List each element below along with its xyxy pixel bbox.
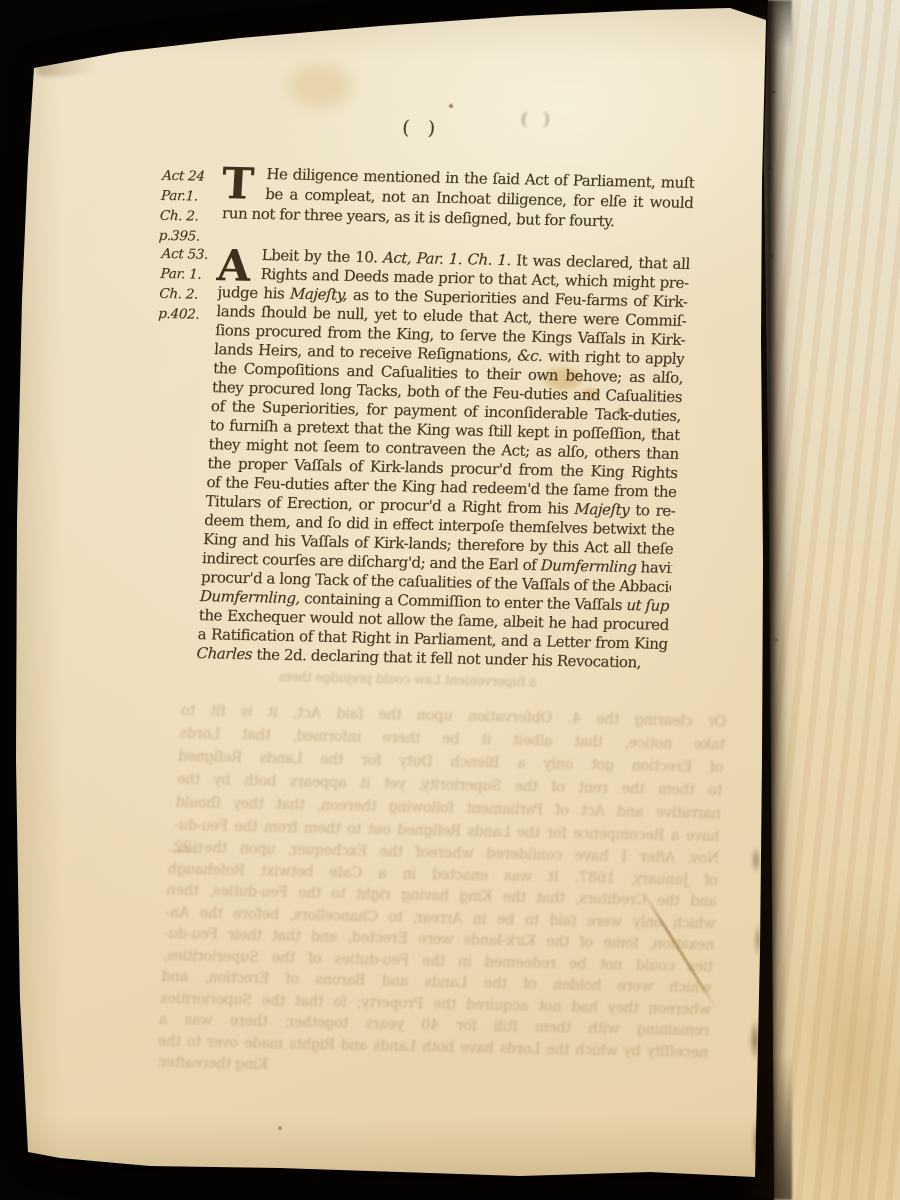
text-line: a ſupervenient Law could prejudge them [279, 670, 552, 694]
typeset-content: ( ) ( ) Act 24Par.1.Ch. 2.p.395. Act 53.… [225, 163, 695, 173]
text-line: p.402. [157, 306, 220, 327]
text-line: Ch. 2. [159, 208, 222, 229]
paragraph-1-lines: He diligence mentioned in the ſaid Act o… [222, 163, 695, 233]
text-line: Act 53. [161, 246, 224, 267]
page-shadow-wrapper: ( ) ( ) Act 24Par.1.Ch. 2.p.395. Act 53.… [0, 0, 900, 1200]
dropcap-initial: T [221, 164, 255, 205]
foxing-speck [449, 104, 453, 108]
text-line: Par.1. [160, 188, 223, 209]
show-through-block-lower: Nov. After I have conſidered whereof the… [156, 838, 720, 1086]
text-line: Act 24 [161, 168, 224, 189]
text-line: Ch. 2. [159, 286, 222, 307]
book-page: ( ) ( ) Act 24Par.1.Ch. 2.p.395. Act 53.… [0, 0, 900, 1200]
paragraph-2-lines: Lbeit by the 10. Act, Par. 1. Ch. 1. It … [196, 245, 690, 673]
paper-stain [288, 64, 352, 108]
text-line: Par. 1. [160, 266, 223, 287]
corner-crease [35, 50, 132, 80]
edge-mottle [742, 820, 768, 1190]
foxing-speck [278, 1126, 282, 1130]
running-head-page-number: ( ) [402, 117, 523, 142]
margin-citation-2: Act 53.Par. 1.Ch. 2.p.402. [157, 246, 224, 327]
paragraph-1: T He diligence mentioned in the ſaid Act… [222, 163, 695, 233]
margin-citation-1: Act 24Par.1.Ch. 2.p.395. [158, 168, 225, 249]
show-through-stray-line: a ſupervenient Law could prejudge them [279, 670, 552, 694]
book-photograph: { "colors": { "background": "#060402", "… [0, 0, 900, 1200]
paragraph-2: A Lbeit by the 10. Act, Par. 1. Ch. 1. I… [196, 245, 690, 673]
dropcap-initial: A [216, 246, 251, 287]
